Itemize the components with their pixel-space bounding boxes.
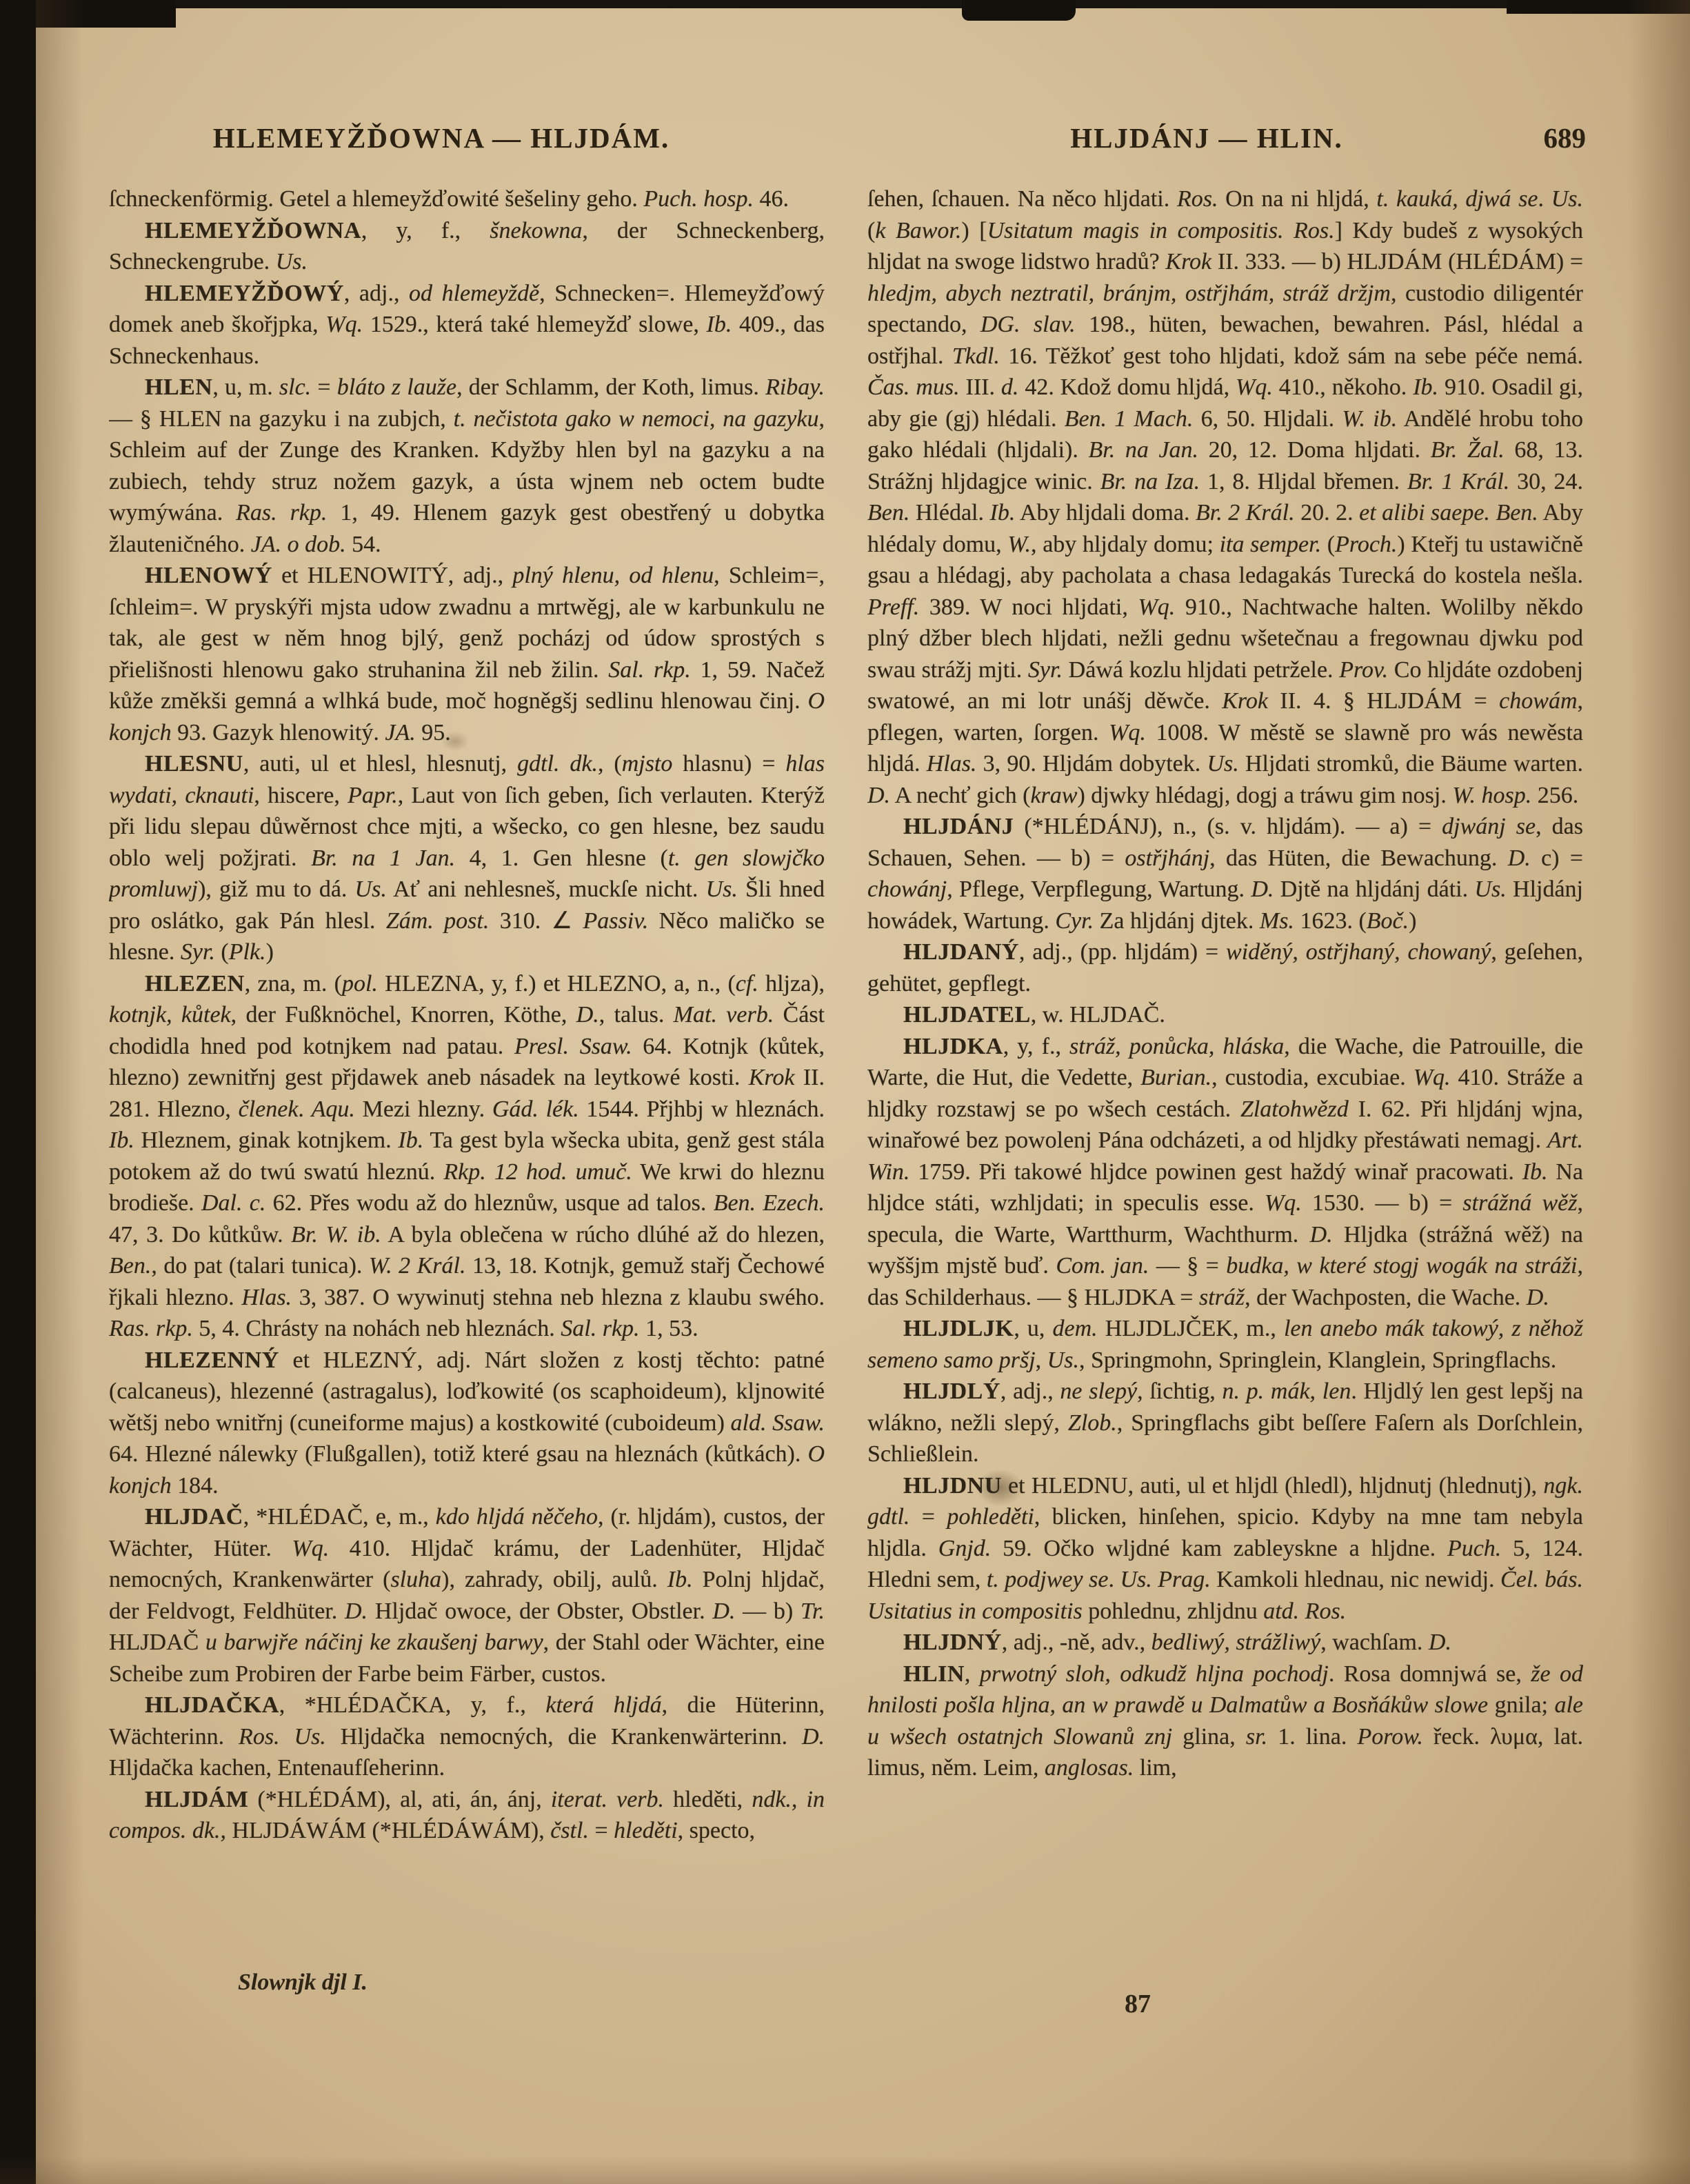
right-column: ſehen, ſchauen. Na něco hljdati. Ros. On… xyxy=(867,183,1583,1976)
dictionary-entry: HLJDAČKA, *HLÉDAČKA, y, f., která hljdá,… xyxy=(109,1690,825,1784)
entry-headword: HLEMEYŽĎOWNA xyxy=(145,218,361,243)
volume-catchword: Slownjk djl I. xyxy=(238,1970,368,1996)
running-head-right: HLJDÁNJ — HLIN. xyxy=(896,121,1517,154)
left-column: ſchneckenförmig. Getel a hlemeyžďowité š… xyxy=(109,183,825,1976)
entry-headword: HLJDAČKA xyxy=(145,1692,279,1718)
entry-headword: HLEN xyxy=(145,374,212,400)
scan-border-left xyxy=(0,0,36,2184)
entry-headword: HLJDNU xyxy=(903,1473,1002,1499)
entry-headword: HLJDLÝ xyxy=(903,1379,1000,1404)
entry-headword: HLEMEYŽĎOWÝ xyxy=(145,281,344,306)
scan-corner-top-left xyxy=(0,0,176,28)
entry-headword: HLEZEN xyxy=(145,971,245,996)
entry-headword: HLJDÁM xyxy=(145,1787,248,1812)
running-head-left: HLEMEYŽĎOWNA — HLJDÁM. xyxy=(83,121,800,154)
paper-shadow-left xyxy=(36,0,84,2184)
paper-shadow-right xyxy=(1628,0,1690,2184)
sheet-signature: 87 xyxy=(1096,1989,1179,2019)
dictionary-entry: HLJDLJK, u, dem. HLJDLJČEK, m., len aneb… xyxy=(867,1313,1583,1376)
entry-headword: HLJDÁNJ xyxy=(903,814,1014,839)
dictionary-entry: HLEMEYŽĎOWNA, y, f., šnekowna, der Schne… xyxy=(109,215,825,278)
dictionary-entry: HLEMEYŽĎOWÝ, adj., od hlemeyždě, Schneck… xyxy=(109,278,825,372)
dictionary-entry: HLJDKA, y, f., stráž, ponůcka, hláska, d… xyxy=(867,1031,1583,1314)
scanned-dictionary-page: HLEMEYŽĎOWNA — HLJDÁM. HLJDÁNJ — HLIN. 6… xyxy=(0,0,1690,2184)
dictionary-entry: HLENOWÝ et HLENOWITÝ, adj., plný hlenu, … xyxy=(109,560,825,748)
entry-headword: HLJDNÝ xyxy=(903,1630,1002,1655)
scan-ink-blob-top xyxy=(962,0,1076,21)
page-number: 689 xyxy=(1462,121,1586,154)
dictionary-entry: HLJDNU et HLEDNU, auti, ul et hljdl (hle… xyxy=(867,1470,1583,1627)
dictionary-entry: HLJDÁNJ (*HLÉDÁNJ), n., (s. v. hljdám). … xyxy=(867,811,1583,936)
entry-continuation: ſchneckenförmig. Getel a hlemeyžďowité š… xyxy=(109,183,825,215)
dictionary-entry: HLJDAČ, *HLÉDAČ, e, m., kdo hljdá něčeho… xyxy=(109,1501,825,1690)
dictionary-entry: HLJDNÝ, adj., -ně, adv., bedliwý, strážl… xyxy=(867,1627,1583,1659)
entry-continuation: ſehen, ſchauen. Na něco hljdati. Ros. On… xyxy=(867,183,1583,811)
dictionary-entry: HLJDANÝ, adj., (pp. hljdám) = widěný, os… xyxy=(867,936,1583,999)
entry-headword: HLJDATEL xyxy=(903,1002,1031,1028)
entry-headword: HLESNU xyxy=(145,751,243,777)
paper-shadow-bottom xyxy=(0,2156,1690,2184)
dictionary-entry: HLJDATEL, w. HLJDAČ. xyxy=(867,999,1583,1031)
dictionary-entry: HLEZEN, zna, m. (pol. HLEZNA, y, f.) et … xyxy=(109,968,825,1345)
dictionary-entry: HLJDLÝ, adj., ne slepý, ſichtig, n. p. m… xyxy=(867,1376,1583,1470)
entry-headword: HLJDKA xyxy=(903,1034,1003,1059)
entry-headword: HLJDANÝ xyxy=(903,939,1019,965)
scan-border-top xyxy=(0,0,1690,8)
entry-headword: HLIN xyxy=(903,1661,965,1687)
entry-headword: HLENOWÝ xyxy=(145,563,272,588)
dictionary-entry: HLIN, prwotný sloh, odkudž hljna pochodj… xyxy=(867,1659,1583,1784)
dictionary-entry: HLEZENNÝ et HLEZNÝ, adj. Nárt složen z k… xyxy=(109,1345,825,1502)
dictionary-entry: HLJDÁM (*HLÉDÁM), al, ati, án, ánj, iter… xyxy=(109,1784,825,1847)
entry-headword: HLJDLJK xyxy=(903,1316,1014,1341)
entry-headword: HLJDAČ xyxy=(145,1504,243,1530)
dictionary-entry: HLESNU, auti, ul et hlesl, hlesnutj, gdt… xyxy=(109,748,825,968)
dictionary-entry: HLEN, u, m. slc. = bláto z lauže, der Sc… xyxy=(109,372,825,560)
entry-headword: HLEZENNÝ xyxy=(145,1348,279,1373)
